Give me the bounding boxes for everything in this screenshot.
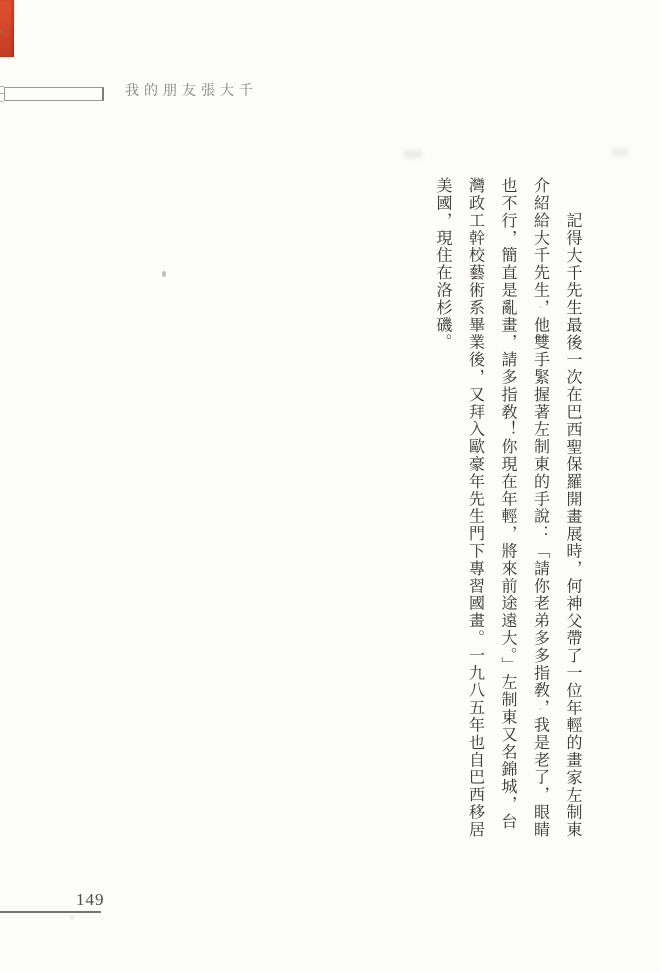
- page-number: 149: [76, 890, 105, 910]
- text-column-5: 美國，現住在洛杉磯。: [426, 177, 459, 844]
- scan-bleed-mark: [539, 306, 542, 308]
- scan-speck: [162, 271, 166, 277]
- text-column-1: 記得大千先生最後一次在巴西聖保羅開畫展時，何神父帶了一位年輕的畫家左制東: [556, 177, 589, 844]
- running-title: 我的朋友張大千: [125, 80, 258, 100]
- scan-bleed-mark: [539, 506, 542, 508]
- scan-bleed-mark: [540, 212, 543, 214]
- scan-artifact: [0, 93, 4, 94]
- text-column-3: 也不行，簡直是亂畫，請多指敎！你現在年輕，將來前途遠大。」左制東又名錦城，台: [491, 177, 524, 844]
- text-column-2: 介紹給大千先生，他雙手緊握著左制東的手說：「請你老弟多多指敎，我是老了，眼睛: [523, 177, 556, 844]
- scan-artifact: [0, 100, 4, 102]
- footer-rule: [0, 911, 101, 913]
- scan-bleed-mark: [540, 614, 543, 616]
- scan-speck: [0, 29, 3, 34]
- scan-speck: [70, 916, 74, 919]
- text-column-4: 灣政工幹校藝術系畢業後，又拜入歐豪年先生門下專習國畫。一九八五年也自巴西移居: [458, 177, 491, 844]
- scanned-book-page: { "header": { "running_title": "我的朋友張大千"…: [0, 0, 660, 973]
- scan-smudge: [612, 149, 628, 156]
- scan-artifact: [0, 86, 4, 87]
- scan-bleed-mark: [539, 708, 542, 710]
- body-text-block: 記得大千先生最後一次在巴西聖保羅開畫展時，何神父帶了一位年輕的畫家左制東 介紹給…: [426, 177, 589, 844]
- scan-smudge: [404, 150, 422, 158]
- scan-bleed-mark: [540, 398, 543, 400]
- header-rule-box: [4, 87, 104, 101]
